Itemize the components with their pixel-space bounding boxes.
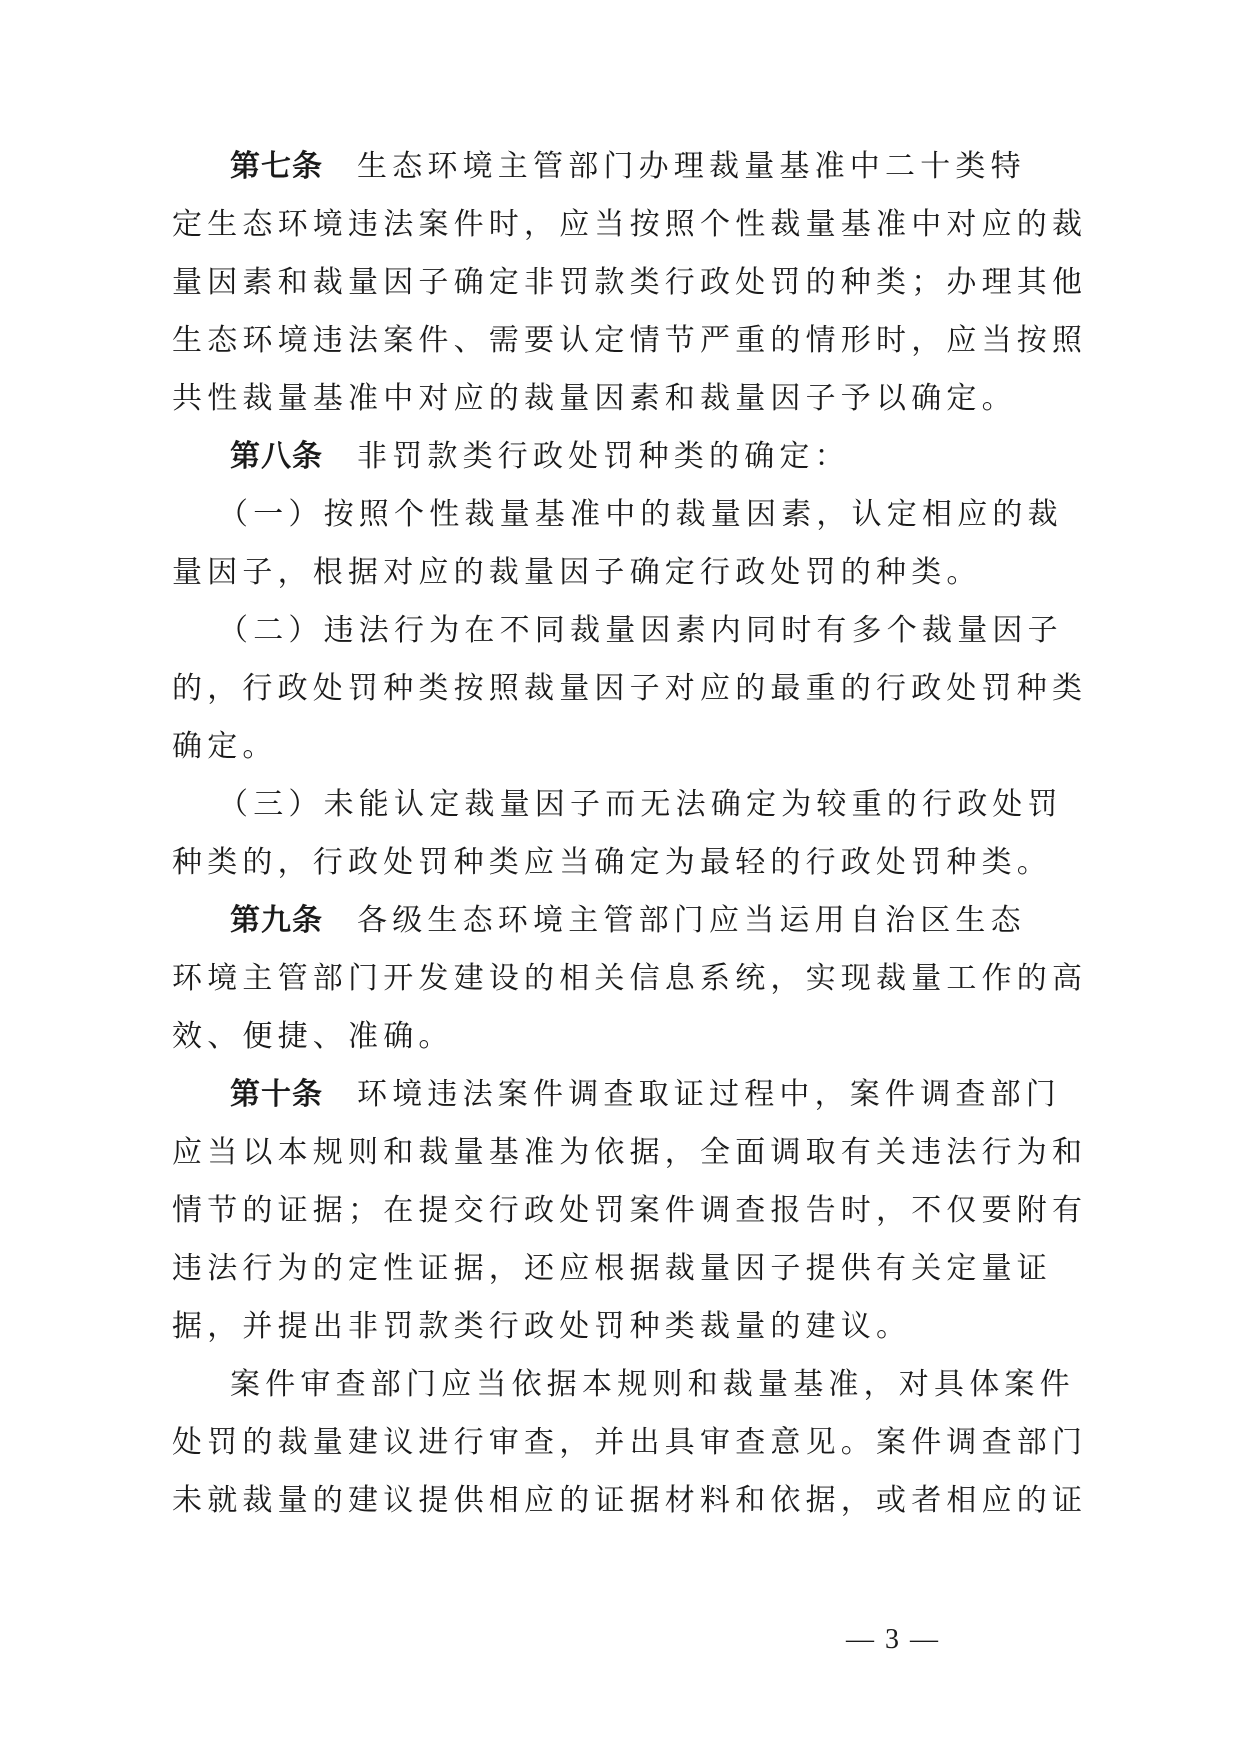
article-8-item-2-line: （二）违法行为在不同裁量因素内同时有多个裁量因子	[218, 609, 988, 653]
article-10-label: 第十条	[230, 1077, 323, 1112]
article-8-label: 第八条	[230, 439, 323, 474]
article-8-first-line: 第八条非罚款类行政处罚种类的确定：	[230, 435, 1000, 479]
article-10-paragraph-2-line: 案件审查部门应当依据本规则和裁量基准，对具体案件	[230, 1363, 1000, 1407]
article-9-text: 各级生态环境主管部门应当运用自治区生态	[357, 903, 1026, 938]
article-7-line: 生态环境违法案件、需要认定情节严重的情形时，应当按照	[172, 319, 942, 363]
article-8-item-2-line: 确定。	[172, 725, 942, 769]
article-10-paragraph-2-line: 处罚的裁量建议进行审查，并出具审查意见。案件调查部门	[172, 1421, 942, 1465]
page-number: — 3 —	[820, 1620, 940, 1660]
document-page: 第七条生态环境主管部门办理裁量基准中二十类特 定生态环境违法案件时，应当按照个性…	[0, 0, 1241, 1754]
article-9-first-line: 第九条各级生态环境主管部门应当运用自治区生态	[230, 899, 1000, 943]
article-8-item-3-line: 种类的，行政处罚种类应当确定为最轻的行政处罚种类。	[172, 841, 942, 885]
article-10-line: 应当以本规则和裁量基准为依据，全面调取有关违法行为和	[172, 1131, 942, 1175]
article-10-line: 违法行为的定性证据，还应根据裁量因子提供有关定量证	[172, 1247, 942, 1291]
article-10-first-line: 第十条环境违法案件调查取证过程中，案件调查部门	[230, 1073, 1000, 1117]
article-8-item-1-line: （一）按照个性裁量基准中的裁量因素，认定相应的裁	[218, 493, 988, 537]
article-7-text: 生态环境主管部门办理裁量基准中二十类特	[357, 149, 1026, 184]
article-7-line: 定生态环境违法案件时，应当按照个性裁量基准中对应的裁	[172, 203, 942, 247]
article-10-line: 据，并提出非罚款类行政处罚种类裁量的建议。	[172, 1305, 942, 1349]
article-10-text: 环境违法案件调查取证过程中，案件调查部门	[357, 1077, 1061, 1112]
article-9-line: 环境主管部门开发建设的相关信息系统，实现裁量工作的高	[172, 957, 942, 1001]
article-10-paragraph-2-line: 未就裁量的建议提供相应的证据材料和依据，或者相应的证	[172, 1479, 942, 1523]
article-7-label: 第七条	[230, 149, 323, 184]
article-8-item-2-line: 的，行政处罚种类按照裁量因子对应的最重的行政处罚种类	[172, 667, 942, 711]
article-7-first-line: 第七条生态环境主管部门办理裁量基准中二十类特	[230, 145, 1000, 189]
article-8-item-3-line: （三）未能认定裁量因子而无法确定为较重的行政处罚	[218, 783, 988, 827]
article-7-line: 共性裁量基准中对应的裁量因素和裁量因子予以确定。	[172, 377, 942, 421]
article-9-label: 第九条	[230, 903, 323, 938]
article-9-line: 效、便捷、准确。	[172, 1015, 942, 1059]
article-7-line: 量因素和裁量因子确定非罚款类行政处罚的种类；办理其他	[172, 261, 942, 305]
article-8-item-1-line: 量因子，根据对应的裁量因子确定行政处罚的种类。	[172, 551, 942, 595]
article-10-line: 情节的证据；在提交行政处罚案件调查报告时，不仅要附有	[172, 1189, 942, 1233]
article-8-text: 非罚款类行政处罚种类的确定：	[357, 439, 850, 474]
